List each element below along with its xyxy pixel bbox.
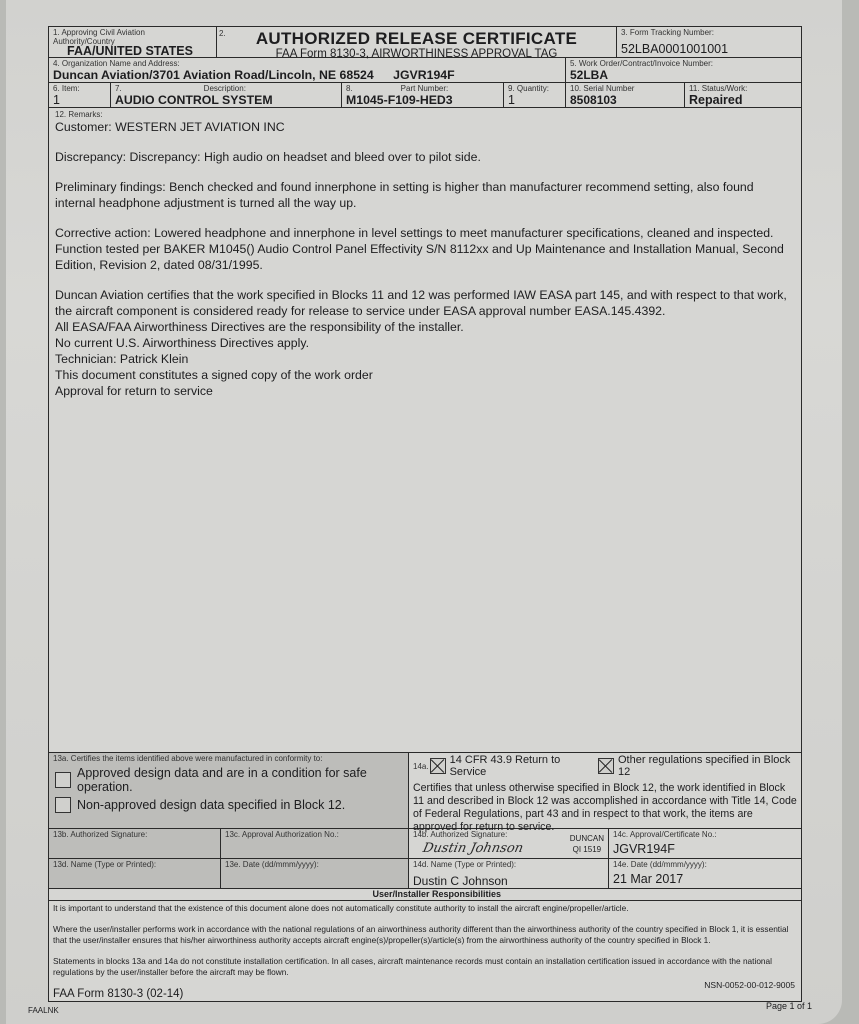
- responsibilities-paragraph: It is important to understand that the e…: [53, 903, 797, 914]
- block-4-organization: 4. Organization Name and Address: Duncan…: [49, 58, 566, 82]
- block-13a: 13a. Certifies the items identified abov…: [49, 753, 408, 828]
- page-number: Page 1 of 1: [766, 1001, 812, 1011]
- remarks-findings: Preliminary findings: Bench checked and …: [55, 179, 795, 211]
- authority-value: FAA/UNITED STATES: [67, 46, 212, 57]
- block-13b-signature[interactable]: 13b. Authorized Signature:: [49, 829, 221, 858]
- remarks-line: Approval for return to service: [55, 383, 795, 399]
- block-14e-date[interactable]: 14e. Date (dd/mmm/yyyy): 21 Mar 2017: [609, 859, 801, 888]
- certification-blocks: 13a. Certifies the items identified abov…: [49, 753, 801, 889]
- block-14a: 14a. 14 CFR 43.9 Return to Service Other…: [409, 753, 801, 828]
- date-value: 21 Mar 2017: [613, 872, 797, 886]
- block-14: 14a. 14 CFR 43.9 Return to Service Other…: [409, 753, 801, 888]
- block-11-status: 11. Status/Work: Repaired: [685, 83, 801, 107]
- block-8-part-number: 8.Part Number: M1045-F109-HED3: [342, 83, 504, 107]
- block-6-item: 6. Item: 1: [49, 83, 111, 107]
- responsibilities-paragraph: Statements in blocks 13a and 14a do not …: [53, 956, 797, 978]
- checkbox-14cfr-43-9[interactable]: [430, 758, 446, 774]
- remarks-line: No current U.S. Airworthiness Directives…: [55, 335, 795, 351]
- form-id: FAA Form 8130-3 (02-14): [53, 988, 183, 1000]
- remarks-discrepancy: Discrepancy: Discrepancy: High audio on …: [55, 149, 795, 165]
- block-12-remarks: 12. Remarks: Customer: WESTERN JET AVIAT…: [49, 108, 801, 753]
- description-value: AUDIO CONTROL SYSTEM: [115, 93, 337, 107]
- part-number-value: M1045-F109-HED3: [346, 93, 499, 107]
- block-13a-option-approved[interactable]: Approved design data and are in a condit…: [55, 766, 404, 794]
- remarks-customer: Customer: WESTERN JET AVIATION INC: [55, 119, 795, 135]
- block-14-name-row: 14d. Name (Type or Printed): Dustin C Jo…: [409, 858, 801, 888]
- block-7-description: 7.Description: AUDIO CONTROL SYSTEM: [111, 83, 342, 107]
- block-13a-option-non-approved[interactable]: Non-approved design data specified in Bl…: [55, 797, 404, 813]
- responsibilities-header: User/Installer Responsibilities: [49, 889, 801, 901]
- block-5-work-order: 5. Work Order/Contract/Invoice Number: 5…: [566, 58, 801, 82]
- block-9-quantity: 9. Quantity: 1: [504, 83, 566, 107]
- status-value: Repaired: [689, 93, 797, 107]
- organization-code: JGVR194F: [393, 68, 455, 82]
- quantity-value: 1: [508, 93, 561, 107]
- block-13d-name[interactable]: 13d. Name (Type or Printed):: [49, 859, 221, 888]
- serial-value: 8508103: [570, 93, 680, 107]
- block-14d-name[interactable]: 14d. Name (Type or Printed): Dustin C Jo…: [409, 859, 609, 888]
- block-13: 13a. Certifies the items identified abov…: [49, 753, 409, 888]
- block-14a-statement: Certifies that unless otherwise specifie…: [413, 782, 797, 834]
- source-code: FAALNK: [28, 1006, 59, 1015]
- remarks-certification: Duncan Aviation certifies that the work …: [55, 287, 795, 319]
- block-13-signature-row: 13b. Authorized Signature: 13c. Approval…: [49, 828, 408, 858]
- organization-address: Duncan Aviation/3701 Aviation Road/Linco…: [53, 68, 374, 82]
- certificate-form: 1. Approving Civil Aviation Authority/Co…: [48, 26, 802, 1002]
- checkbox-non-approved-design[interactable]: [55, 797, 71, 813]
- page-title: AUTHORIZED RELEASE CERTIFICATE: [221, 30, 612, 48]
- responsibilities-text: It is important to understand that the e…: [49, 901, 801, 980]
- paper-sheet: 1. Approving Civil Aviation Authority/Co…: [6, 0, 842, 1024]
- block-13c-authorization[interactable]: 13c. Approval Authorization No.:: [221, 829, 408, 858]
- block-14b-signature[interactable]: 14b. Authorized Signature: Dustin Johnso…: [409, 829, 609, 858]
- block-14-signature-row: 14b. Authorized Signature: Dustin Johnso…: [409, 828, 801, 858]
- remarks-line: Technician: Patrick Klein: [55, 351, 795, 367]
- item-row: 6. Item: 1 7.Description: AUDIO CONTROL …: [49, 83, 801, 108]
- checkbox-other-regulations[interactable]: [598, 758, 614, 774]
- organization-row: 4. Organization Name and Address: Duncan…: [49, 58, 801, 83]
- responsibilities-paragraph: Where the user/installer performs work i…: [53, 924, 797, 946]
- header-row: 1. Approving Civil Aviation Authority/Co…: [49, 27, 801, 58]
- checkbox-approved-design[interactable]: [55, 772, 71, 788]
- item-value: 1: [53, 93, 106, 107]
- block-10-serial: 10. Serial Number 8508103: [566, 83, 685, 107]
- remarks-corrective-action: Corrective action: Lowered headphone and…: [55, 225, 795, 273]
- remarks-line: This document constitutes a signed copy …: [55, 367, 795, 383]
- block-13-name-row: 13d. Name (Type or Printed): 13e. Date (…: [49, 858, 408, 888]
- name-value: Dustin C Johnson: [413, 874, 604, 888]
- block-2-title: 2. AUTHORIZED RELEASE CERTIFICATE FAA Fo…: [217, 27, 617, 57]
- remarks-line: All EASA/FAA Airworthiness Directives ar…: [55, 319, 795, 335]
- form-footer: FAA Form 8130-3 (02-14) NSN-0052-00-012-…: [49, 980, 801, 1001]
- block-1-authority: 1. Approving Civil Aviation Authority/Co…: [49, 27, 217, 57]
- certificate-value: JGVR194F: [613, 842, 797, 856]
- signature: Dustin Johnson: [421, 841, 524, 856]
- nsn-number: NSN-0052-00-012-9005: [704, 980, 795, 990]
- inspector-stamp: DUNCAN QI 1519: [570, 833, 604, 855]
- block-13e-date[interactable]: 13e. Date (dd/mmm/yyyy):: [221, 859, 408, 888]
- block-3-tracking: 3. Form Tracking Number: 52LBA0001001001: [617, 27, 801, 57]
- work-order-value: 52LBA: [570, 68, 797, 82]
- tracking-number: 52LBA0001001001: [621, 42, 797, 56]
- block-14c-certificate[interactable]: 14c. Approval/Certificate No.: JGVR194F: [609, 829, 801, 858]
